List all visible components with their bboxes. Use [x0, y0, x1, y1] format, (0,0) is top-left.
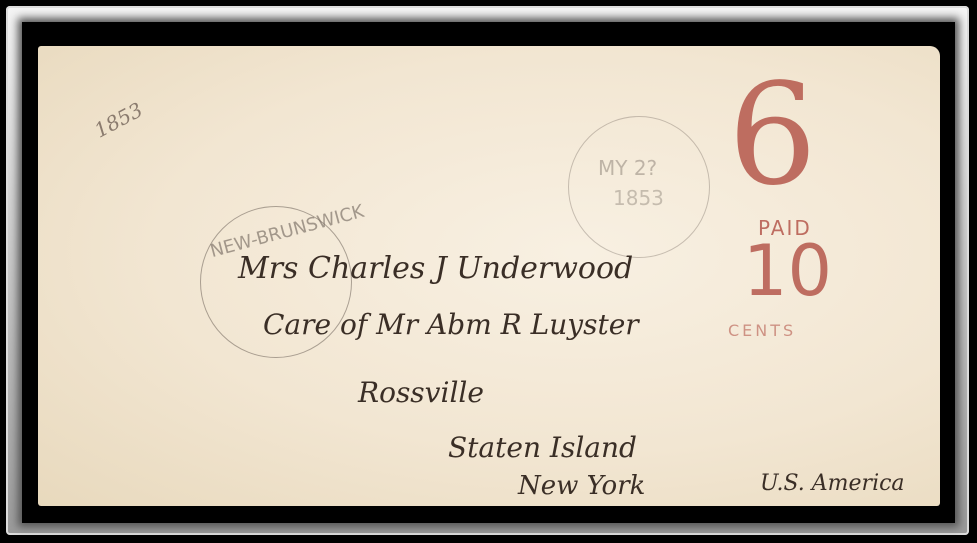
rate-ten: 10: [743, 236, 832, 306]
rate-six: 6: [728, 66, 817, 206]
address-line-6: U.S. America: [760, 471, 905, 496]
pencil-note: 1853: [90, 97, 146, 142]
dated-postmark-date: MY 2?: [598, 156, 657, 180]
dated-postmark-year: 1853: [613, 186, 664, 210]
envelope: 1853 NEW-BRUNSWICK MY 2? 1853 6 PAID 10 …: [38, 46, 940, 506]
address-line-2: Care of Mr Abm R Luyster: [263, 308, 639, 341]
address-line-5: New York: [518, 471, 645, 501]
address-line-1: Mrs Charles J Underwood: [238, 251, 633, 286]
address-line-4: Staten Island: [448, 431, 637, 464]
cents-mark: CENTS: [728, 321, 796, 340]
address-line-3: Rossville: [358, 376, 484, 409]
